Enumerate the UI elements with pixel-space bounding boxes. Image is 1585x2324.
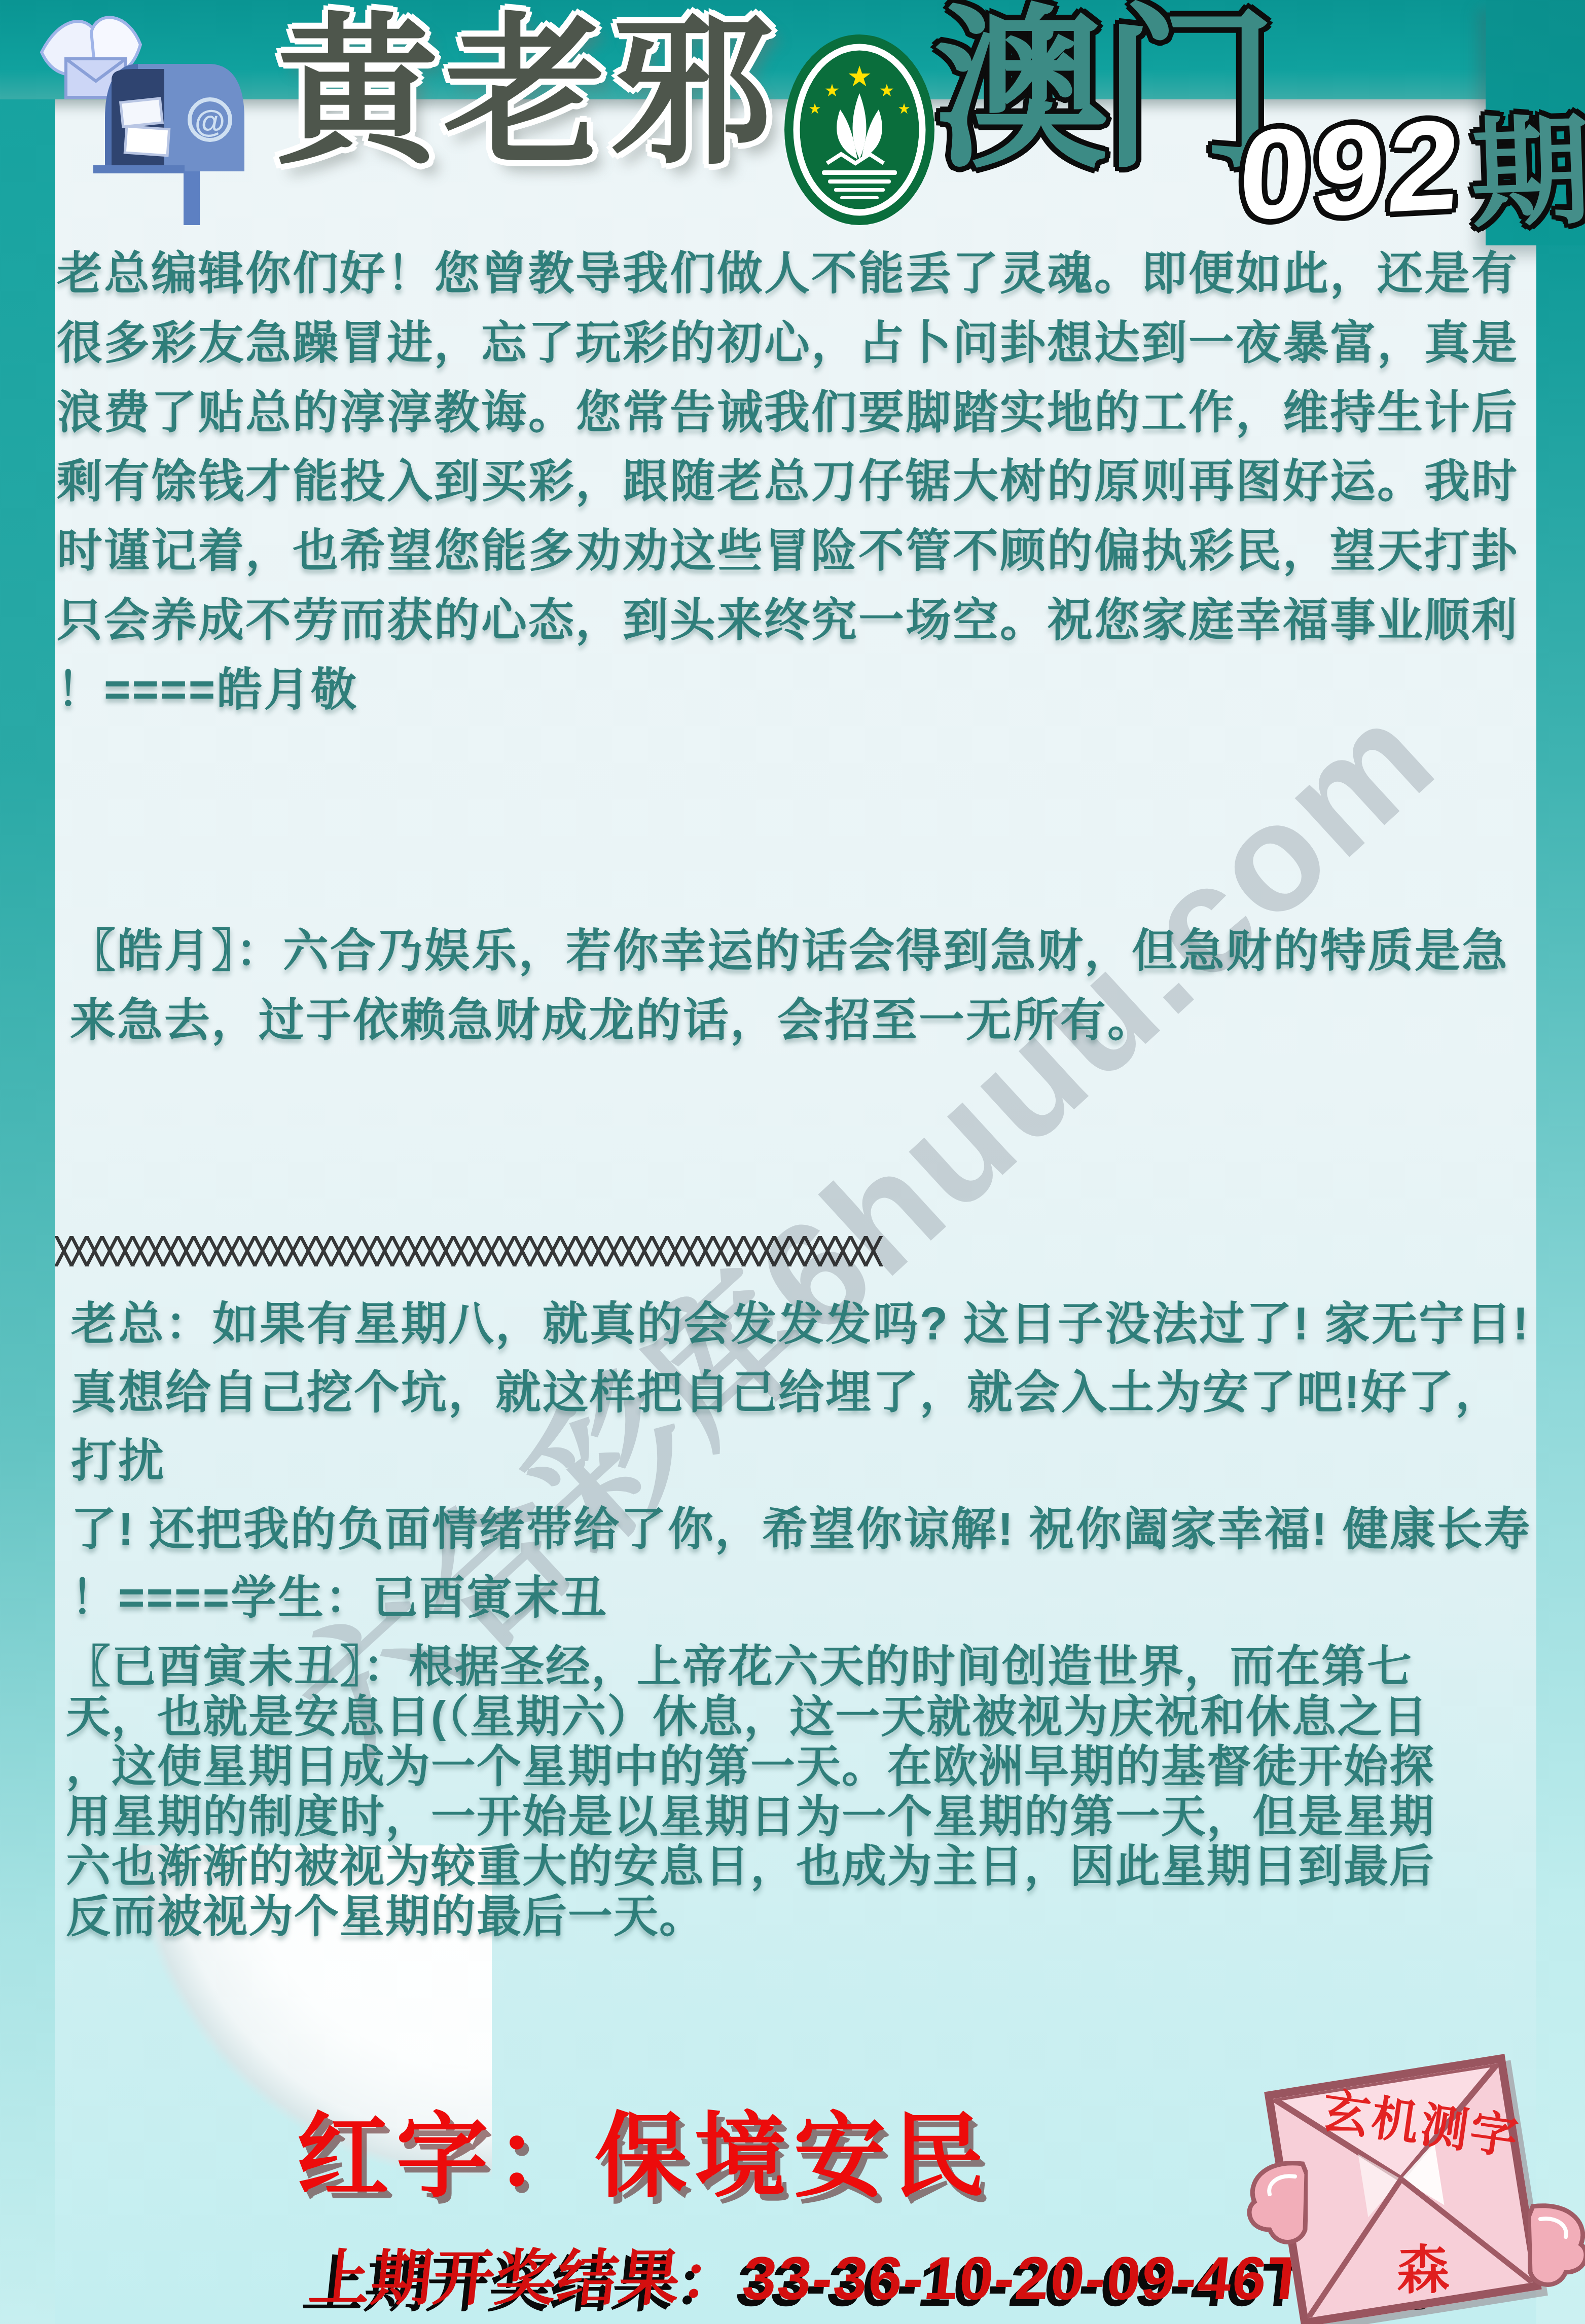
left-wing-icon <box>1242 2154 1308 2255</box>
issue-number: 092 <box>1236 101 1466 240</box>
macau-emblem-icon: ★ ★ ★ ★ ★ <box>783 33 935 229</box>
star-icon: ★ <box>847 60 872 92</box>
issue-label: 092期 <box>1240 106 1585 234</box>
mailbox-icon: @ <box>31 4 255 228</box>
svg-text:★: ★ <box>879 81 894 100</box>
right-wing-icon <box>1528 2196 1585 2298</box>
letter-paragraph-1: 老总编辑你们好！您曾教导我们做人不能丢了灵魂。即便如此，还是有 很多彩友急躁冒进… <box>57 239 1533 725</box>
at-sign-icon: @ <box>195 104 225 139</box>
svg-text:★: ★ <box>897 101 910 117</box>
region-title: 澳门 <box>934 3 1270 178</box>
svg-text:★: ★ <box>808 101 821 117</box>
haoyue-note: 〖皓月〗：六合乃娱乐，若你幸运的话会得到急财，但急财的特质是急 来急去，过于依赖… <box>70 917 1533 1056</box>
red-word-line: 红字：保境安民 <box>297 2083 992 2215</box>
envelope-stamp: 森 <box>1396 2227 1450 2304</box>
issue-suffix: 期 <box>1469 111 1585 234</box>
mystic-envelope: 玄机测字 森 <box>1245 2068 1585 2324</box>
branches-note: 〖已酉寅未丑〗：根据圣经，上帝花六天的时间创造世界，而在第七 天，也就是安息日(… <box>66 1642 1536 1941</box>
chain-divider: ╳╳╳╳╳╳╳╳╳╳╳╳╳╳╳╳╳╳╳╳╳╳╳╳╳╳╳╳╳╳╳╳╳╳╳╳╳╳╳╳… <box>55 1236 1535 1266</box>
left-teal-strip <box>0 99 55 2324</box>
svg-text:★: ★ <box>824 81 840 100</box>
right-teal-strip <box>1536 245 1585 2324</box>
letter-paragraph-2: 老总：如果有星期八，就真的会发发发吗? 这日子没法过了! 家无宁日! 真想给自己… <box>71 1290 1534 1632</box>
page-title: 黄老邪 <box>276 11 778 173</box>
